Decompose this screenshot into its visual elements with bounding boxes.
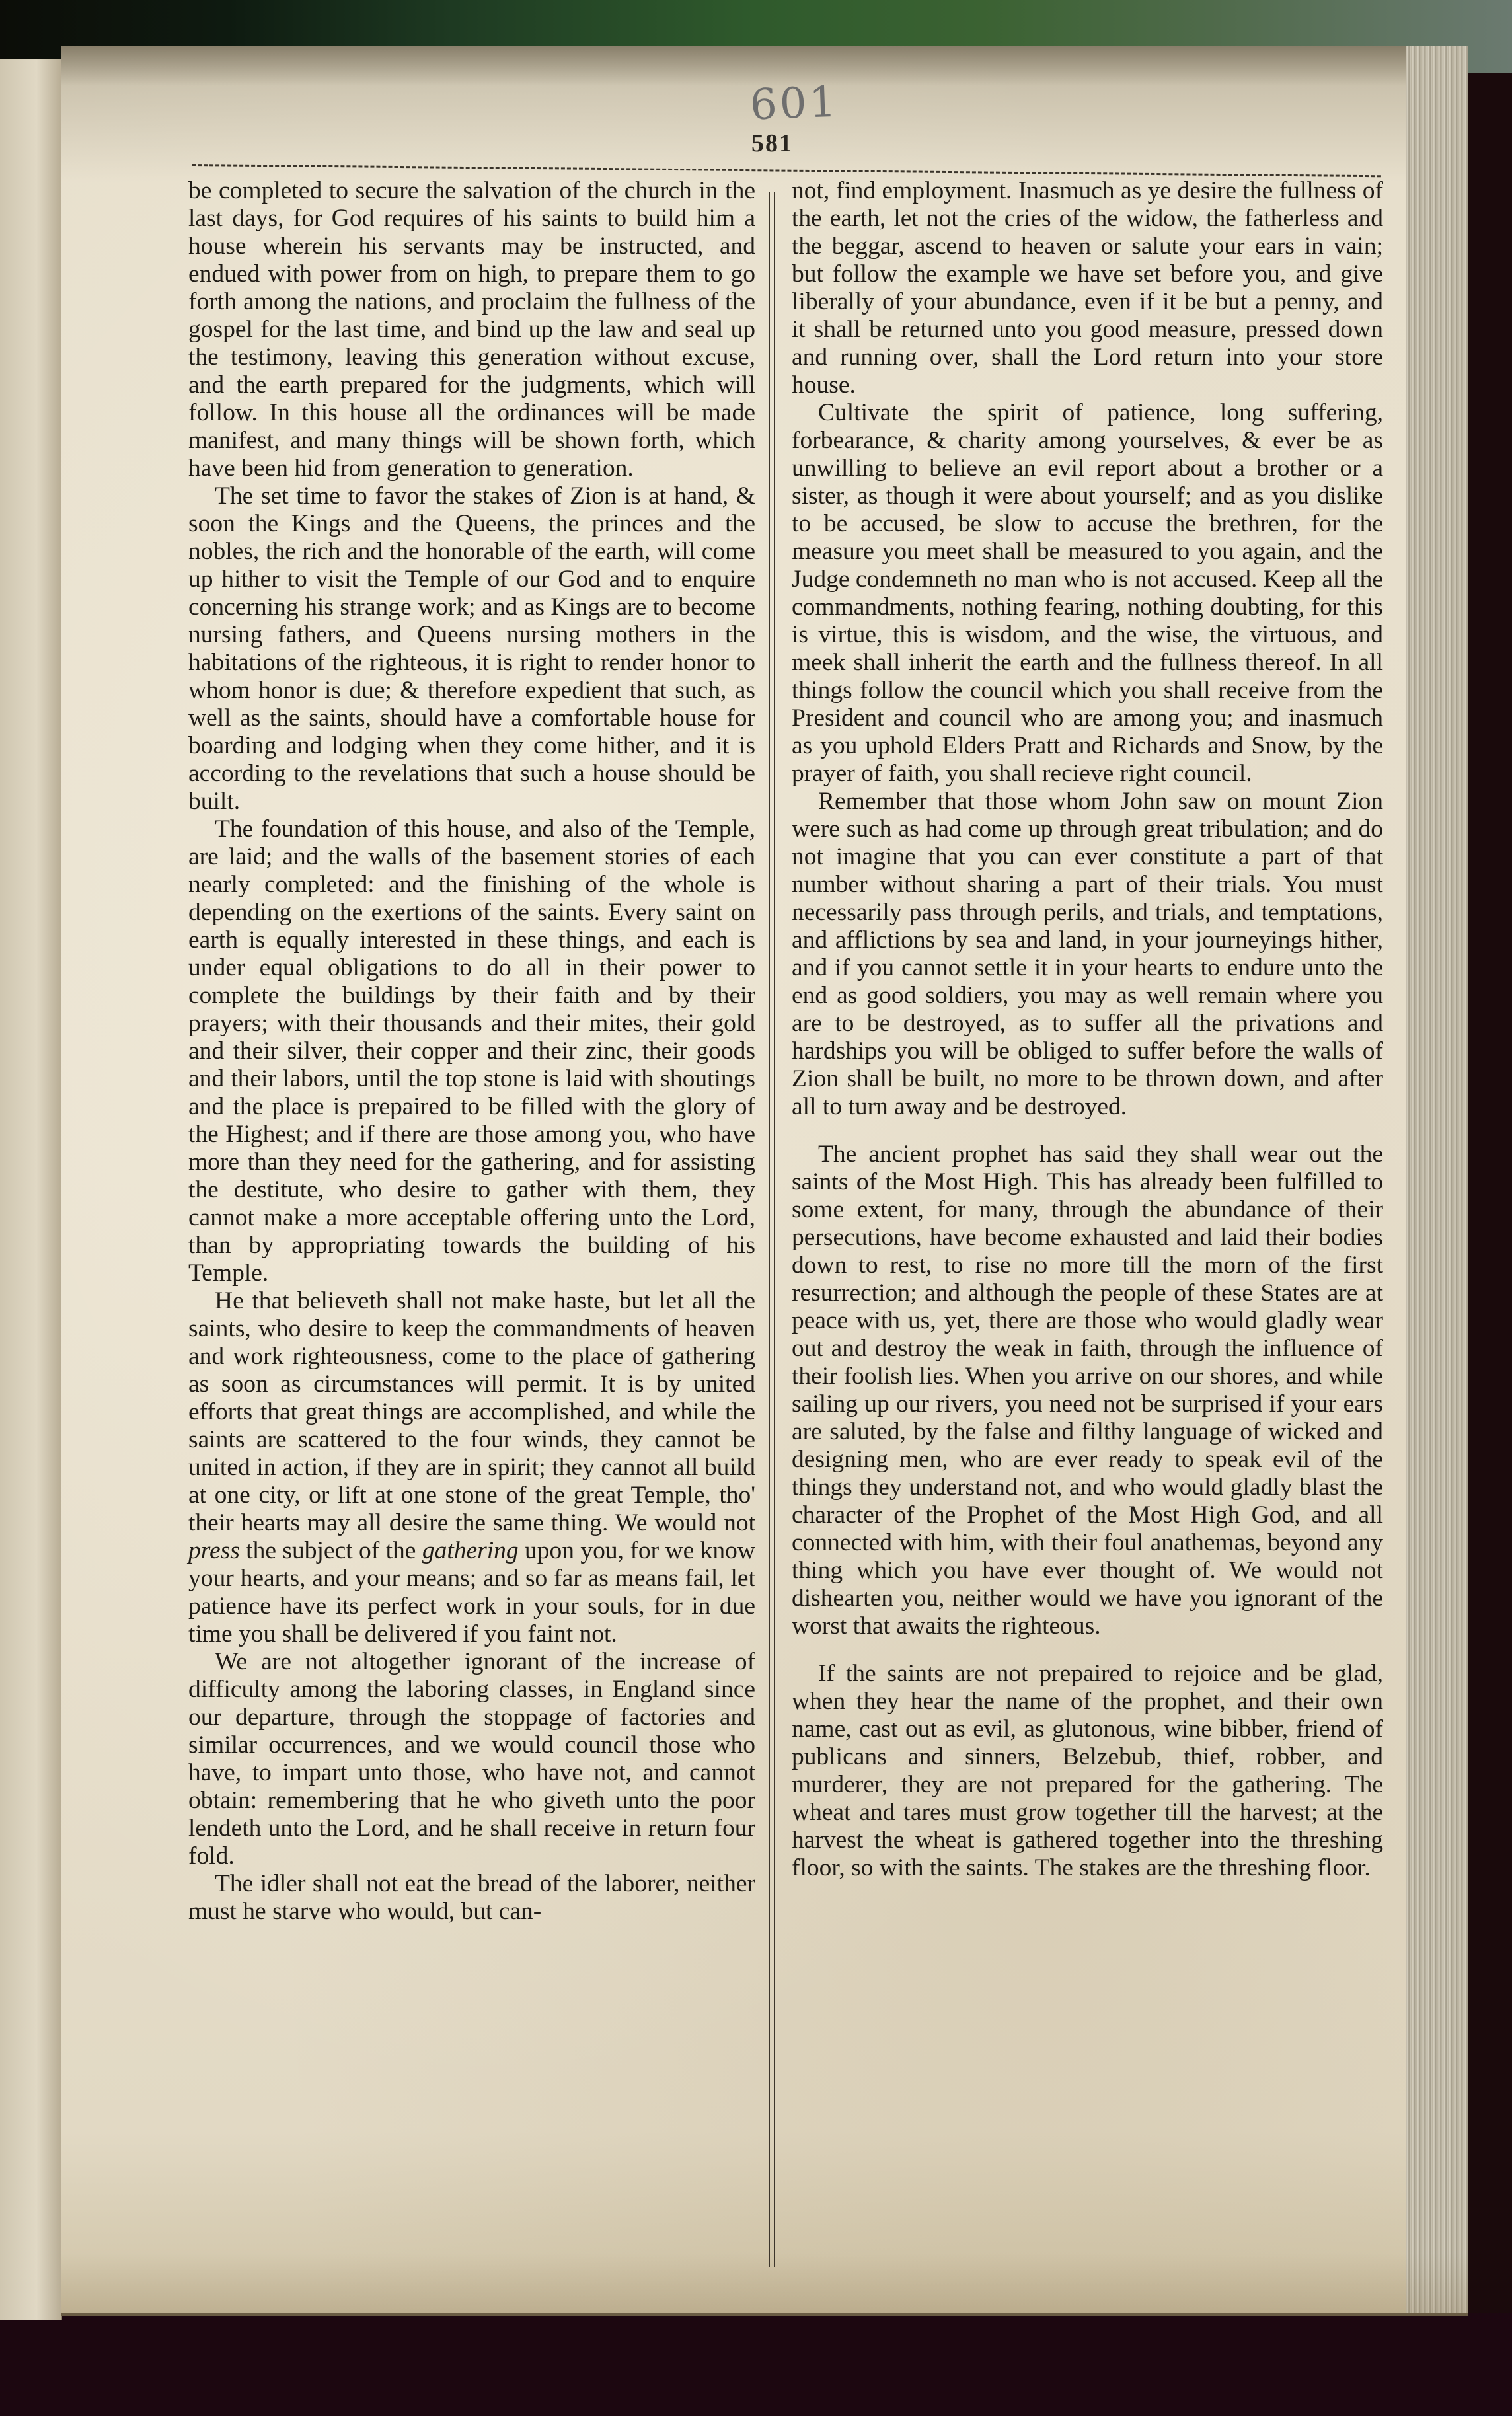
column-divider bbox=[769, 192, 775, 2267]
paragraph: not, find employment. Inasmuch as ye des… bbox=[792, 177, 1383, 399]
paragraph: be completed to secure the salvation of … bbox=[188, 177, 755, 482]
right-column: not, find employment. Inasmuch as ye des… bbox=[792, 177, 1383, 1882]
paragraph: Remember that those whom John saw on mou… bbox=[792, 788, 1383, 1121]
background-bottom bbox=[0, 2313, 1512, 2416]
italic-word: press bbox=[188, 1537, 240, 1564]
paragraph: The idler shall not eat the bread of the… bbox=[188, 1870, 755, 1926]
left-column: be completed to secure the salvation of … bbox=[188, 177, 755, 1926]
page-bottom-curl bbox=[61, 2253, 1468, 2313]
paragraph-text: He that believeth shall not make haste, … bbox=[188, 1287, 755, 1536]
paragraph-text: the subject of the bbox=[240, 1537, 422, 1564]
page-stack-edge bbox=[1406, 46, 1468, 2313]
paragraph: The ancient prophet has said they shall … bbox=[792, 1141, 1383, 1640]
paragraph: The set time to favor the stakes of Zion… bbox=[188, 482, 755, 815]
facing-page-edge bbox=[0, 59, 62, 2320]
printed-page-number: 581 bbox=[751, 129, 793, 158]
paragraph: If the saints are not prepaired to rejoi… bbox=[792, 1660, 1383, 1882]
paragraph: Cultivate the spirit of patience, long s… bbox=[792, 399, 1383, 788]
paragraph: We are not altogether ignorant of the in… bbox=[188, 1648, 755, 1870]
paragraph-with-italics: He that believeth shall not make haste, … bbox=[188, 1287, 755, 1648]
handwritten-page-number: 601 bbox=[749, 78, 840, 130]
italic-word: gathering bbox=[422, 1537, 519, 1564]
paragraph: The foundation of this house, and also o… bbox=[188, 815, 755, 1287]
